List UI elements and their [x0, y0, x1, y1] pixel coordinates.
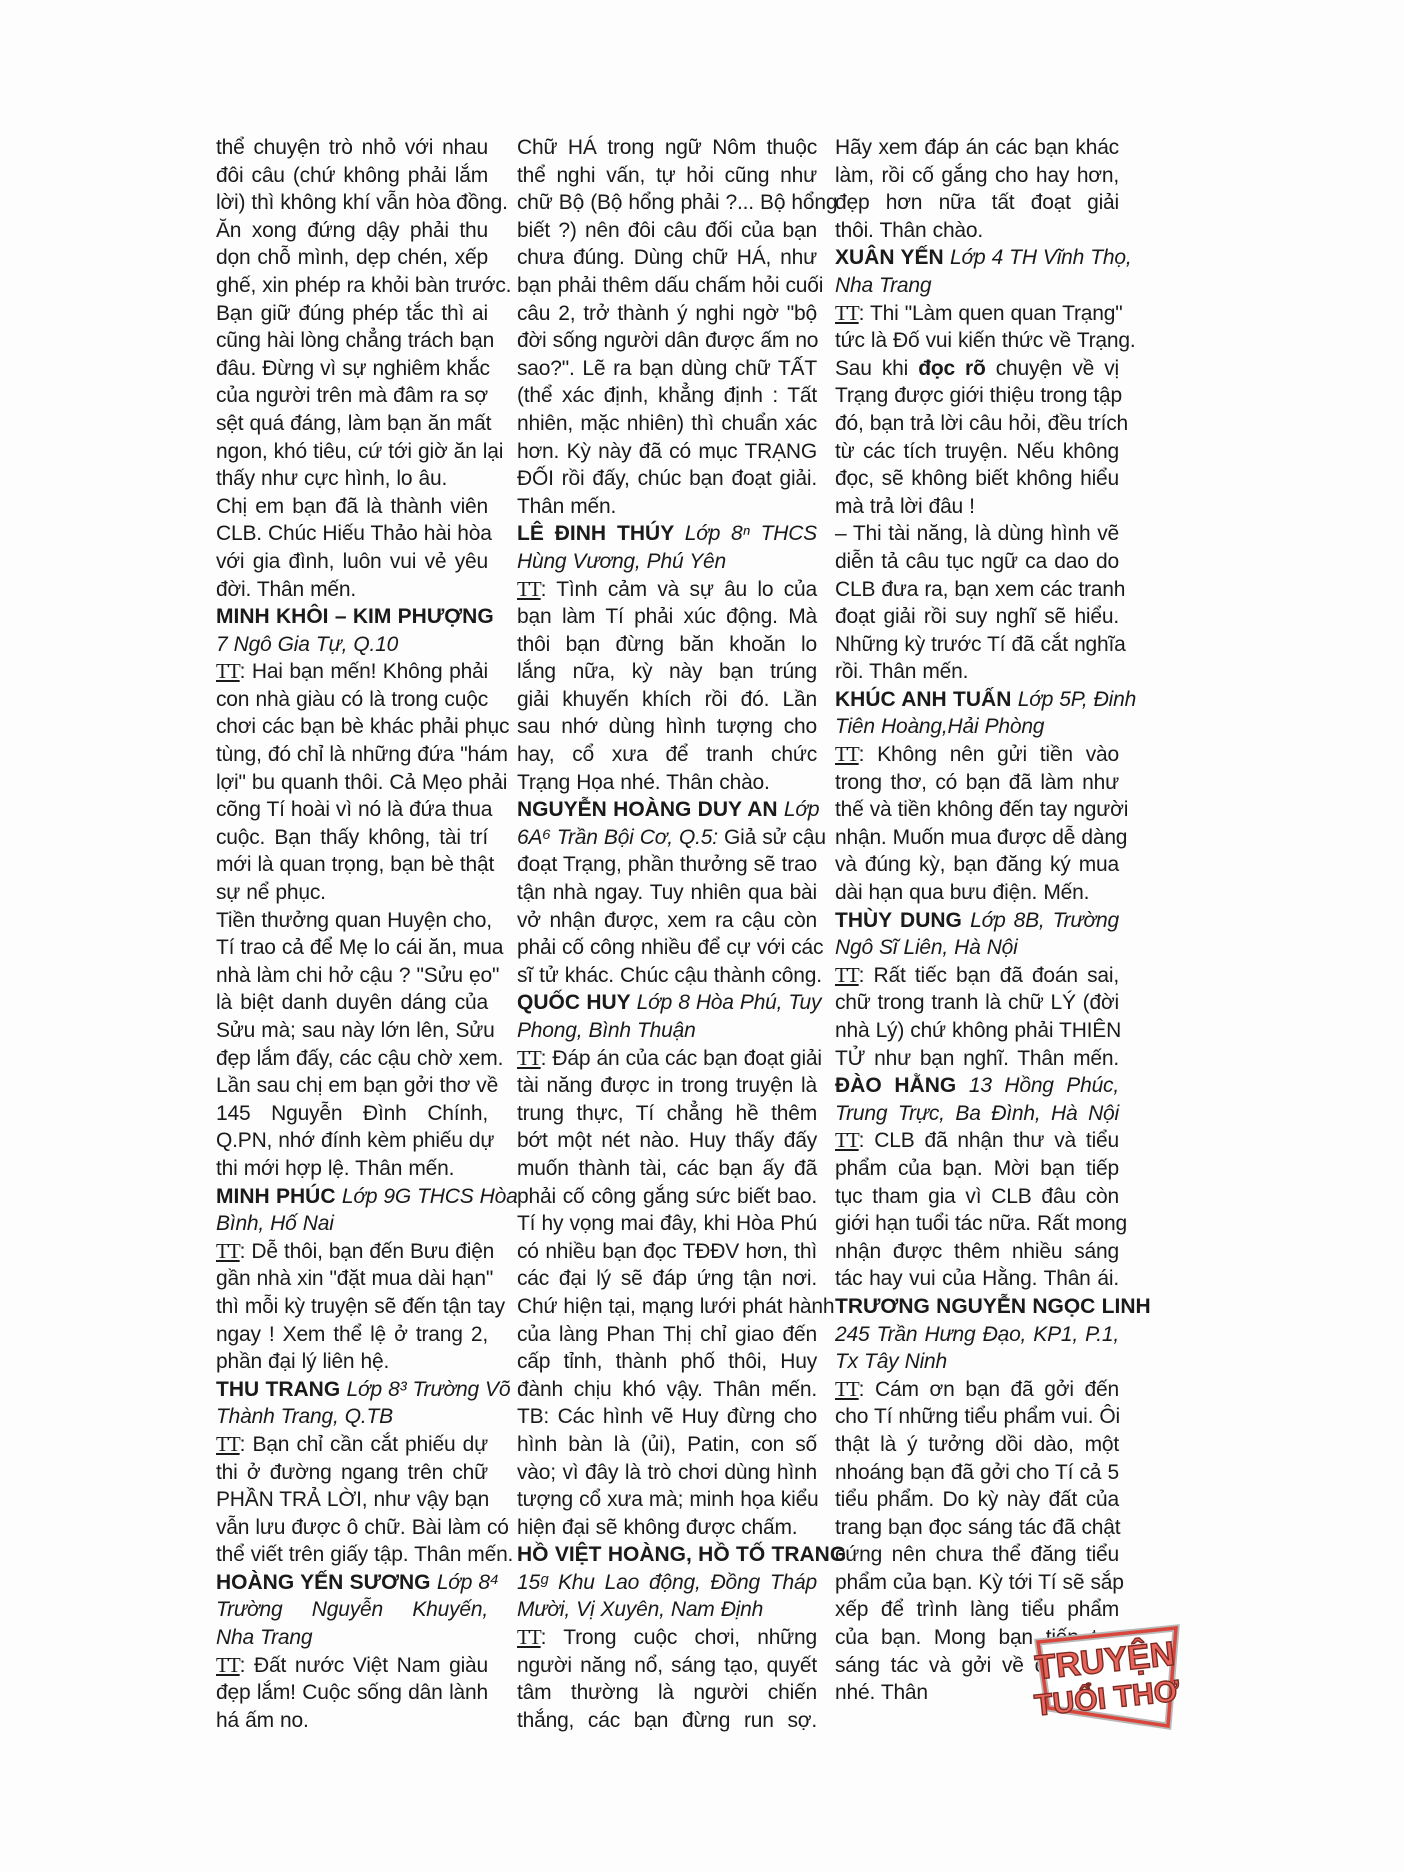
body-text: : Bạn chỉ cần cắt phiếu dự: [240, 1433, 488, 1456]
text-line: thì mỗi kỳ truyện sẽ đến tận tay: [216, 1293, 488, 1321]
reader-name: THÙY DUNG: [835, 909, 970, 932]
text-line: gần nhà xin "đặt mua dài hạn": [216, 1265, 488, 1293]
text-line: CLB. Chúc Hiếu Thảo hài hòa: [216, 520, 488, 548]
text-line: của làng Phan Thị chỉ giao đến: [517, 1321, 817, 1349]
body-text: nhiên, mặc nhiên) thì chuẩn xác: [517, 412, 817, 435]
reader-name: TRƯƠNG NGUYỄN NGỌC LINH: [835, 1295, 1151, 1318]
text-line: mới là quan trọng, bạn bè thật: [216, 851, 488, 879]
text-line: TRƯƠNG NGUYỄN NGỌC LINH: [835, 1293, 1119, 1321]
text-line: sau nhớ dùng hình tượng cho: [517, 713, 817, 741]
text-line: thật là ý tưởng dồi dào, một: [835, 1431, 1119, 1459]
text-line: Lần sau chị em bạn gởi thơ về: [216, 1072, 488, 1100]
tt-reply-marker: TT: [216, 659, 240, 683]
column-right: Hãy xem đáp án các bạn kháclàm, rồi cố g…: [835, 134, 1119, 1707]
text-line: rồi. Thân mến.: [835, 658, 1119, 686]
text-line: thế và tiền không đến tay người: [835, 796, 1119, 824]
text-line: dài hạn qua bưu điện. Mến.: [835, 879, 1119, 907]
body-text: thể nghi vấn, tự hỏi cũng như: [517, 164, 817, 187]
body-text: đọc, sẽ không biết không hiểu: [835, 467, 1119, 490]
reader-address: 7 Ngô Gia Tự, Q.10: [216, 633, 398, 656]
body-text: : Trong cuộc chơi, những: [541, 1626, 817, 1649]
body-text: Ăn xong đứng dậy phải thu: [216, 219, 488, 242]
text-line: Bạn giữ đúng phép tắc thì ai: [216, 300, 488, 328]
text-line: TT: Tình cảm và sự âu lo của: [517, 576, 817, 604]
text-line: hình bàn là (ủi), Patin, con số: [517, 1431, 817, 1459]
reader-address: Ngô Sĩ Liên, Hà Nội: [835, 936, 1018, 959]
text-line: ĐỐI rồi đấy, chúc bạn đoạt giải.: [517, 465, 817, 493]
reader-address: Bình, Hố Nai: [216, 1212, 334, 1235]
body-text: nhận được thêm nhiều sáng: [835, 1240, 1119, 1263]
reader-address: Tiên Hoàng,Hải Phòng: [835, 715, 1044, 738]
body-text: nhà Lý) chứ không phải THIÊN: [835, 1019, 1121, 1042]
text-line: đẹp hơn nữa tất đoạt giải: [835, 189, 1119, 217]
text-line: Chị em bạn đã là thành viên: [216, 493, 488, 521]
reader-address: Lớp 8⁴: [437, 1571, 499, 1594]
text-line: TT: Đáp án của các bạn đoạt giải: [517, 1045, 817, 1073]
text-line: Những kỳ trước Tí đã cắt nghĩa: [835, 631, 1119, 659]
body-text: đoạt Trạng, phần thưởng sẽ trao: [517, 853, 817, 876]
text-line: TT: Bạn chỉ cần cắt phiếu dự: [216, 1431, 488, 1459]
body-text: câu 2, trở thành ý nghi ngờ "bộ: [517, 302, 817, 325]
body-text: thấy như cực hình, lo âu.: [216, 467, 447, 490]
reader-name: QUỐC HUY: [517, 991, 637, 1014]
text-line: Sau khi đọc rõ chuyện về vị: [835, 355, 1119, 383]
body-text: phải cố công nhiều để cự với các: [517, 936, 823, 959]
text-line: TT: CLB đã nhận thư và tiểu: [835, 1127, 1119, 1155]
body-text: sệt quá đáng, làm bạn ăn mất: [216, 412, 491, 435]
text-line: TB: Các hình vẽ Huy đừng cho: [517, 1403, 817, 1431]
body-text: tiểu phẩm. Do kỳ này đất của: [835, 1488, 1119, 1511]
reader-name: NGUYỄN HOÀNG DUY AN: [517, 798, 784, 821]
body-text: há ấm no.: [216, 1709, 309, 1732]
text-line: thi ở đường ngang trên chữ: [216, 1459, 488, 1487]
body-text: phẩm của bạn. Mời bạn tiếp: [835, 1157, 1119, 1180]
text-line: thấy như cực hình, lo âu.: [216, 465, 488, 493]
text-line: người năng nổ, sáng tạo, quyết: [517, 1652, 817, 1680]
tt-reply-marker: TT: [835, 1377, 859, 1401]
reader-address: 6A⁶ Trần Bội Cơ, Q.5:: [517, 826, 724, 849]
body-text: lợi" bu quanh thôi. Cả Mẹo phải: [216, 771, 507, 794]
body-text: thể viết trên giấy tập. Thân mến.: [216, 1543, 513, 1566]
text-line: (thể xác định, khẳng định : Tất: [517, 382, 817, 410]
body-text: từ các tích truyện. Nếu không: [835, 440, 1119, 463]
text-line: tục tham gia vì CLB đâu còn: [835, 1183, 1119, 1211]
body-text: tài năng được in trong truyện là: [517, 1074, 817, 1097]
body-text: Chứ hiện tại, mạng lưới phát hành: [517, 1295, 834, 1318]
body-text: cấp tỉnh, thành phố thôi, Huy: [517, 1350, 817, 1373]
text-line: nhà làm chi hở cậu ? "Sửu ẹo": [216, 962, 488, 990]
body-text: đời sống người dân được ấm no: [517, 329, 818, 352]
text-line: Chứ hiện tại, mạng lưới phát hành: [517, 1293, 817, 1321]
body-text: phần đại lý liên hệ.: [216, 1350, 389, 1373]
text-line: Trạng được giới thiệu trong tập: [835, 382, 1119, 410]
text-line: há ấm no.: [216, 1707, 488, 1735]
reader-address: Hùng Vương, Phú Yên: [517, 550, 726, 573]
body-text: gần nhà xin "đặt mua dài hạn": [216, 1267, 493, 1290]
body-text: Hãy xem đáp án các bạn khác: [835, 136, 1119, 159]
body-text: lời) thì không khí vẫn hòa đồng.: [216, 191, 508, 214]
body-text: : Thi "Làm quen quan Trạng": [859, 302, 1123, 325]
body-text: thi mới hợp lệ. Thân mến.: [216, 1157, 454, 1180]
body-text: cứng nên chưa thể đăng tiểu: [835, 1543, 1119, 1566]
body-text: vở nhận được, xem ra cậu còn: [517, 909, 817, 932]
text-line: chữ trong tranh là chữ LÝ (đời: [835, 989, 1119, 1017]
body-text: làm, rồi cố gắng cho hay hơn,: [835, 164, 1119, 187]
body-text: bớt một nét nào. Huy thấy đấy: [517, 1129, 817, 1152]
body-text: thế và tiền không đến tay người: [835, 798, 1128, 821]
text-line: vở nhận được, xem ra cậu còn: [517, 907, 817, 935]
body-text: (thể xác định, khẳng định : Tất: [517, 384, 817, 407]
text-line: sệt quá đáng, làm bạn ăn mất: [216, 410, 488, 438]
text-line: QUỐC HUY Lớp 8 Hòa Phú, Tuy: [517, 989, 817, 1017]
body-text: sao?". Lẽ ra bạn dùng chữ TẤT: [517, 357, 817, 380]
reader-name: XUÂN YẾN: [835, 246, 950, 269]
text-line: PHẦN TRẢ LỜI, như vậy bạn: [216, 1486, 488, 1514]
reader-name: HOÀNG YẾN SƯƠNG: [216, 1571, 437, 1594]
text-line: vào; vì đây là trò chơi dùng hình: [517, 1459, 817, 1487]
text-line: cứng nên chưa thể đăng tiểu: [835, 1541, 1119, 1569]
body-text: Những kỳ trước Tí đã cắt nghĩa: [835, 633, 1126, 656]
body-text: vẫn lưu được ô chữ. Bài làm có: [216, 1516, 509, 1539]
text-line: tượng cổ xưa mà; minh họa kiểu: [517, 1486, 817, 1514]
text-line: đó, bạn trả lời câu hỏi, đều trích: [835, 410, 1119, 438]
body-text: phẩm của bạn. Kỳ tới Tí sẽ sắp: [835, 1571, 1124, 1594]
tt-reply-marker: TT: [517, 1046, 541, 1070]
body-text: Trạng Họa nhé. Thân chào.: [517, 771, 770, 794]
magazine-page: thể chuyện trò nhỏ với nhauđôi câu (chứ …: [0, 0, 1404, 1872]
text-line: con nhà giàu có là trong cuộc: [216, 686, 488, 714]
text-line: cuộc. Bạn thấy không, tài trí: [216, 824, 488, 852]
body-text: sự nể phục.: [216, 881, 326, 904]
body-text: sau nhớ dùng hình tượng cho: [517, 715, 817, 738]
body-text: đôi câu (chứ không phải lắm: [216, 164, 488, 187]
body-text: Tí hy vọng mai đây, khi Hòa Phú: [517, 1212, 817, 1235]
body-text: đoạt giải rồi suy nghĩ sẽ hiểu.: [835, 605, 1119, 628]
reader-name: LÊ ĐINH THÚY: [517, 522, 685, 545]
body-text: sĩ tử khác. Chúc cậu thành công.: [517, 964, 822, 987]
text-line: lời) thì không khí vẫn hòa đồng.: [216, 189, 488, 217]
body-text: của người trên mà đâm ra sợ: [216, 384, 488, 407]
reader-name: KHÚC ANH TUẤN: [835, 688, 1018, 711]
body-text: ngon, khó tiêu, cứ tới giờ ăn lại: [216, 440, 503, 463]
text-line: bạn làm Tí phải xúc động. Mà: [517, 603, 817, 631]
text-line: với gia đình, luôn vui vẻ yêu: [216, 548, 488, 576]
reader-address: Lớp: [784, 798, 819, 821]
body-text: thật là ý tưởng dồi dào, một: [835, 1433, 1119, 1456]
text-line: NGUYỄN HOÀNG DUY AN Lớp: [517, 796, 817, 824]
text-line: sĩ tử khác. Chúc cậu thành công.: [517, 962, 817, 990]
text-line: Thành Trang, Q.TB: [216, 1403, 488, 1431]
text-line: HỒ VIỆT HOÀNG, HỒ TỐ TRANG: [517, 1541, 817, 1569]
body-text: hình bàn là (ủi), Patin, con số: [517, 1433, 817, 1456]
text-line: Nha Trang: [835, 272, 1119, 300]
text-line: nhiên, mặc nhiên) thì chuẩn xác: [517, 410, 817, 438]
text-line: phần đại lý liên hệ.: [216, 1348, 488, 1376]
body-text: tác hay vui của Hằng. Thân ái.: [835, 1267, 1119, 1290]
text-line: tài năng được in trong truyện là: [517, 1072, 817, 1100]
reader-address: Lớp 8³ Trường Võ: [347, 1378, 511, 1401]
text-line: chưa đúng. Dùng chữ HÁ, như: [517, 244, 817, 272]
body-text: thắng, các bạn đừng run sợ.: [517, 1709, 817, 1732]
text-line: Nha Trang: [216, 1624, 488, 1652]
text-line: Bình, Hố Nai: [216, 1210, 488, 1238]
reader-address: Lớp 8B, Trường: [970, 909, 1119, 932]
text-line: vẫn lưu được ô chữ. Bài làm có: [216, 1514, 488, 1542]
body-text: chơi các bạn bè khác phải phục: [216, 715, 509, 738]
body-text: hay, cổ xưa để tranh chức: [517, 743, 817, 766]
body-text: rồi. Thân mến.: [835, 660, 968, 683]
column-middle: Chữ HÁ trong ngữ Nôm thuộcthể nghi vấn, …: [517, 134, 817, 1734]
body-text: Bạn giữ đúng phép tắc thì ai: [216, 302, 488, 325]
text-line: cõng Tí hoài vì nó là đứa thua: [216, 796, 488, 824]
text-line: TỬ như bạn nghĩ. Thân mến.: [835, 1045, 1119, 1073]
text-line: đẹp lắm! Cuộc sống dân lành: [216, 1679, 488, 1707]
body-text: là biệt danh duyên dáng của: [216, 991, 488, 1014]
text-line: sao?". Lẽ ra bạn dùng chữ TẤT: [517, 355, 817, 383]
body-text: hiện đại sẽ không được chấm.: [517, 1516, 797, 1539]
logo-badge-icon: TRUYỆN TUỔI THƠ: [1024, 1624, 1184, 1736]
reader-address: 15ᵍ Khu Lao động, Đồng Tháp: [517, 1571, 817, 1594]
text-line: hơn. Kỳ này đã có mục TRẠNG: [517, 438, 817, 466]
text-line: phẩm của bạn. Kỳ tới Tí sẽ sắp: [835, 1569, 1119, 1597]
body-text: và đúng kỳ, bạn đăng ký mua: [835, 853, 1119, 876]
reader-address: Nha Trang: [216, 1626, 312, 1649]
body-text: lắng nữa, kỳ này bạn trúng: [517, 660, 817, 683]
body-text: CLB đưa ra, bạn xem các tranh: [835, 578, 1125, 601]
text-line: cấp tỉnh, thành phố thôi, Huy: [517, 1348, 817, 1376]
text-line: lắng nữa, kỳ này bạn trúng: [517, 658, 817, 686]
body-text: trung thực, Tí chẳng hề thêm: [517, 1102, 817, 1125]
body-text: Tí trao cả để Mẹ lo cái ăn, mua: [216, 936, 503, 959]
body-text: tùng, đó chỉ là những đứa "hám: [216, 743, 508, 766]
body-text: : Tình cảm và sự âu lo của: [541, 578, 817, 601]
text-line: Tx Tây Ninh: [835, 1348, 1119, 1376]
body-text: ngay ! Xem thể lệ ở trang 2,: [216, 1323, 488, 1346]
text-line: TT: Dễ thôi, bạn đến Bưu điện: [216, 1238, 488, 1266]
body-text: bạn làm Tí phải xúc động. Mà: [517, 605, 817, 628]
text-line: THU TRANG Lớp 8³ Trường Võ: [216, 1376, 488, 1404]
body-text: đó, bạn trả lời câu hỏi, đều trích: [835, 412, 1128, 435]
text-line: phẩm của bạn. Mời bạn tiếp: [835, 1155, 1119, 1183]
text-line: thể nghi vấn, tự hỏi cũng như: [517, 162, 817, 190]
text-line: KHÚC ANH TUẤN Lớp 5P, Đinh: [835, 686, 1119, 714]
body-text: dọn chỗ mình, dẹp chén, xếp: [216, 246, 488, 269]
body-text: giới hạn tuổi tác nữa. Rất mong: [835, 1212, 1127, 1235]
text-line: ngay ! Xem thể lệ ở trang 2,: [216, 1321, 488, 1349]
text-line: Phong, Bình Thuận: [517, 1017, 817, 1045]
body-text: : Không nên gửi tiền vào: [859, 743, 1119, 766]
text-line: tiểu phẩm. Do kỳ này đất của: [835, 1486, 1119, 1514]
text-line: 15ᵍ Khu Lao động, Đồng Tháp: [517, 1569, 817, 1597]
body-text: Giả sử cậu: [724, 826, 826, 849]
reader-address: Mười, Vị Xuyên, Nam Định: [517, 1598, 763, 1621]
reader-name: HỒ VIỆT HOÀNG, HỒ TỐ TRANG: [517, 1543, 846, 1566]
text-line: hay, cổ xưa để tranh chức: [517, 741, 817, 769]
text-line: tận nhà ngay. Tuy nhiên qua bài: [517, 879, 817, 907]
text-line: Ăn xong đứng dậy phải thu: [216, 217, 488, 245]
text-line: Mười, Vị Xuyên, Nam Định: [517, 1596, 817, 1624]
tt-reply-marker: TT: [216, 1653, 240, 1677]
text-line: Tiên Hoàng,Hải Phòng: [835, 713, 1119, 741]
text-line: MINH PHÚC Lớp 9G THCS Hòa: [216, 1183, 488, 1211]
text-line: Sửu mà; sau này lớn lên, Sửu: [216, 1017, 488, 1045]
text-line: TT: Không nên gửi tiền vào: [835, 741, 1119, 769]
text-line: nhận được thêm nhiều sáng: [835, 1238, 1119, 1266]
text-line: diễn tả câu tục ngữ ca dao do: [835, 548, 1119, 576]
text-line: đời. Thân mến.: [216, 576, 488, 604]
body-text: bạn phải thêm dấu chấm hỏi cuối: [517, 274, 823, 297]
body-text: xếp để trình làng tiểu phẩm: [835, 1598, 1119, 1621]
text-line: XUÂN YẾN Lớp 4 TH Vĩnh Thọ,: [835, 244, 1119, 272]
body-text: thì mỗi kỳ truyện sẽ đến tận tay: [216, 1295, 505, 1318]
text-line: đoạt giải rồi suy nghĩ sẽ hiểu.: [835, 603, 1119, 631]
text-line: đẹp lắm đấy, các cậu chờ xem.: [216, 1045, 488, 1073]
text-line: biết ?) nên đôi câu đối của bạn: [517, 217, 817, 245]
text-line: tác hay vui của Hằng. Thân ái.: [835, 1265, 1119, 1293]
text-line: trang bạn đọc sáng tác đã chật: [835, 1514, 1119, 1542]
body-text: nhé. Thân: [835, 1681, 928, 1704]
text-line: và đúng kỳ, bạn đăng ký mua: [835, 851, 1119, 879]
text-line: giới hạn tuổi tác nữa. Rất mong: [835, 1210, 1119, 1238]
text-line: Q.PN, nhớ đính kèm phiếu dự: [216, 1127, 488, 1155]
reader-address: Lớp 8ⁿ THCS: [685, 522, 817, 545]
text-line: Trạng Họa nhé. Thân chào.: [517, 769, 817, 797]
text-line: tâm thường là người chiến: [517, 1679, 817, 1707]
text-line: bạn phải thêm dấu chấm hỏi cuối: [517, 272, 817, 300]
body-text: tượng cổ xưa mà; minh họa kiểu: [517, 1488, 819, 1511]
tt-reply-marker: TT: [835, 742, 859, 766]
body-text: Trạng được giới thiệu trong tập: [835, 384, 1122, 407]
text-line: TT: Rất tiếc bạn đã đoán sai,: [835, 962, 1119, 990]
text-line: đọc, sẽ không biết không hiểu: [835, 465, 1119, 493]
text-line: CLB đưa ra, bạn xem các tranh: [835, 576, 1119, 604]
body-text: các đại lý sẽ đáp ứng tận nơi.: [517, 1267, 817, 1290]
text-line: cho Tí những tiểu phẩm vui. Ôi: [835, 1403, 1119, 1431]
text-line: là biệt danh duyên dáng của: [216, 989, 488, 1017]
reader-address: 245 Trần Hưng Đạo, KP1, P.1,: [835, 1323, 1119, 1346]
text-line: 7 Ngô Gia Tự, Q.10: [216, 631, 488, 659]
body-text: đẹp hơn nữa tất đoạt giải: [835, 191, 1119, 214]
tt-reply-marker: TT: [835, 301, 859, 325]
body-text: : Dễ thôi, bạn đến Bưu điện: [240, 1240, 495, 1263]
text-line: 145 Nguyễn Đình Chính,: [216, 1100, 488, 1128]
body-text: đẹp lắm! Cuộc sống dân lành: [216, 1681, 488, 1704]
body-text: tục tham gia vì CLB đâu còn: [835, 1185, 1119, 1208]
text-line: xếp để trình làng tiểu phẩm: [835, 1596, 1119, 1624]
body-text: dài hạn qua bưu điện. Mến.: [835, 881, 1089, 904]
text-line: trong thơ, có bạn đã làm như: [835, 769, 1119, 797]
body-text: Sửu mà; sau này lớn lên, Sửu: [216, 1019, 495, 1042]
reader-address: Lớp 4 TH Vĩnh Thọ,: [950, 246, 1132, 269]
body-text: giải khuyến khích rồi đó. Lần: [517, 688, 817, 711]
body-text: nhận. Muốn mua được dễ dàng: [835, 826, 1127, 849]
text-line: chữ Bộ (Bộ hổng phải ?... Bộ hổng: [517, 189, 817, 217]
body-text: muốn thành tài, các bạn ấy đã: [517, 1157, 817, 1180]
body-text: vào; vì đây là trò chơi dùng hình: [517, 1461, 817, 1484]
body-text: tâm thường là người chiến: [517, 1681, 817, 1704]
reader-address: Trường Nguyễn Khuyến,: [216, 1598, 488, 1621]
body-text: ghế, xin phép ra khỏi bàn trước.: [216, 274, 511, 297]
text-line: TT: Thi "Làm quen quan Trạng": [835, 300, 1119, 328]
body-text: chữ trong tranh là chữ LÝ (đời: [835, 991, 1119, 1014]
body-text: cho Tí những tiểu phẩm vui. Ôi: [835, 1405, 1120, 1428]
text-line: TT: Hai bạn mến! Không phải: [216, 658, 488, 686]
text-line: thôi bạn đừng băn khoăn lo: [517, 631, 817, 659]
text-line: thể viết trên giấy tập. Thân mến.: [216, 1541, 488, 1569]
body-text: Q.PN, nhớ đính kèm phiếu dự: [216, 1129, 494, 1152]
truyen-tuoi-tho-logo: TRUYỆN TUỔI THƠ: [1024, 1624, 1184, 1736]
body-text: nhoáng bạn đã gởi cho Tí cả 5: [835, 1461, 1119, 1484]
text-line: phải cố công gắng sức biết bao.: [517, 1183, 817, 1211]
text-line: nhà Lý) chứ không phải THIÊN: [835, 1017, 1119, 1045]
text-line: 245 Trần Hưng Đạo, KP1, P.1,: [835, 1321, 1119, 1349]
body-text: CLB. Chúc Hiếu Thảo hài hòa: [216, 522, 492, 545]
body-text: tức là Đố vui kiến thức về Trạng.: [835, 329, 1135, 352]
reader-address: Nha Trang: [835, 274, 931, 297]
text-line: Thân mến.: [517, 493, 817, 521]
body-text: Chị em bạn đã là thành viên: [216, 495, 488, 518]
text-line: TT: Cám ơn bạn đã gởi đến: [835, 1376, 1119, 1404]
text-line: Hùng Vương, Phú Yên: [517, 548, 817, 576]
body-text: mới là quan trọng, bạn bè thật: [216, 853, 494, 876]
reader-name: THU TRANG: [216, 1378, 347, 1401]
reader-address: Thành Trang, Q.TB: [216, 1405, 393, 1428]
reader-name: ĐÀO HẰNG: [835, 1074, 969, 1097]
text-line: Ngô Sĩ Liên, Hà Nội: [835, 934, 1119, 962]
reader-address: Phong, Bình Thuận: [517, 1019, 696, 1042]
text-line: sự nể phục.: [216, 879, 488, 907]
text-line: nhận. Muốn mua được dễ dàng: [835, 824, 1119, 852]
text-line: có nhiều bạn đọc TĐĐV hơn, thì: [517, 1238, 817, 1266]
body-text: hơn. Kỳ này đã có mục TRẠNG: [517, 440, 817, 463]
text-line: đời sống người dân được ấm no: [517, 327, 817, 355]
text-line: – Thi tài năng, là dùng hình vẽ: [835, 520, 1119, 548]
text-line: cũng hài lòng chẳng trách bạn: [216, 327, 488, 355]
text-line: đôi câu (chứ không phải lắm: [216, 162, 488, 190]
text-line: ĐÀO HẰNG 13 Hồng Phúc,: [835, 1072, 1119, 1100]
body-text: con nhà giàu có là trong cuộc: [216, 688, 488, 711]
text-line: mà trả lời đâu !: [835, 493, 1119, 521]
body-text: người năng nổ, sáng tạo, quyết: [517, 1654, 817, 1677]
body-text: đời. Thân mến.: [216, 578, 356, 601]
reader-address: Tx Tây Ninh: [835, 1350, 947, 1373]
reader-address: Lớp 9G THCS Hòa: [342, 1185, 518, 1208]
text-line: ngon, khó tiêu, cứ tới giờ ăn lại: [216, 438, 488, 466]
body-text: có nhiều bạn đọc TĐĐV hơn, thì: [517, 1240, 817, 1263]
text-line: lợi" bu quanh thôi. Cả Mẹo phải: [216, 769, 488, 797]
body-text: biết ?) nên đôi câu đối của bạn: [517, 219, 817, 242]
body-text: phải cố công gắng sức biết bao.: [517, 1185, 817, 1208]
text-line: bớt một nét nào. Huy thấy đấy: [517, 1127, 817, 1155]
text-line: thôi. Thân chào.: [835, 217, 1119, 245]
text-line: Hãy xem đáp án các bạn khác: [835, 134, 1119, 162]
body-text: diễn tả câu tục ngữ ca dao do: [835, 550, 1119, 573]
body-text: cũng hài lòng chẳng trách bạn: [216, 329, 494, 352]
text-line: Trường Nguyễn Khuyến,: [216, 1596, 488, 1624]
text-line: Trung Trực, Ba Đình, Hà Nội: [835, 1100, 1119, 1128]
text-line: làm, rồi cố gắng cho hay hơn,: [835, 162, 1119, 190]
body-text: 145 Nguyễn Đình Chính,: [216, 1102, 488, 1125]
reader-address: Trung Trực, Ba Đình, Hà Nội: [835, 1102, 1119, 1125]
body-text: : Đáp án của các bạn đoạt giải: [541, 1047, 822, 1070]
body-text: : Rất tiếc bạn đã đoán sai,: [859, 964, 1119, 987]
body-text: nhà làm chi hở cậu ? "Sửu ẹo": [216, 964, 499, 987]
text-line: giải khuyến khích rồi đó. Lần: [517, 686, 817, 714]
body-text: mà trả lời đâu !: [835, 495, 975, 518]
reader-address: 13 Hồng Phúc,: [969, 1074, 1119, 1097]
body-text: TỬ như bạn nghĩ. Thân mến.: [835, 1047, 1119, 1070]
body-text: thôi bạn đừng băn khoăn lo: [517, 633, 817, 656]
